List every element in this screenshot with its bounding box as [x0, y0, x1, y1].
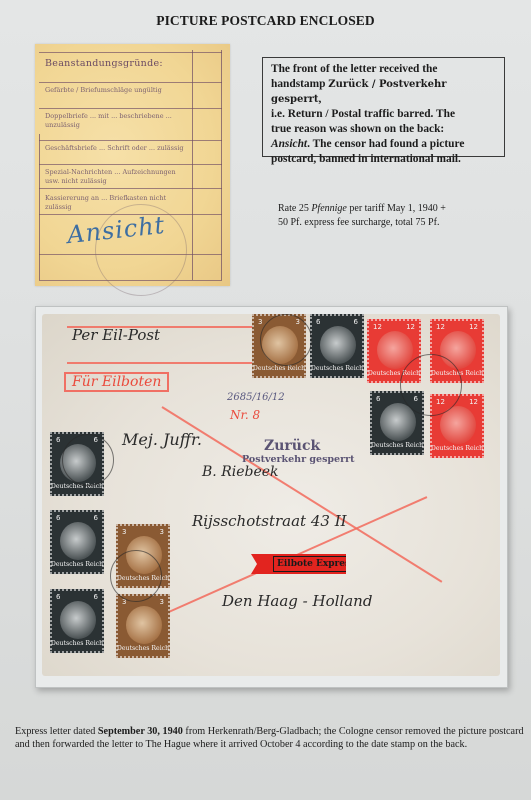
hindenburg-portrait-icon: [60, 522, 96, 560]
hindenburg-portrait-icon: [320, 326, 356, 364]
envelope-mount: Per Eil-Post Für Eilboten 2685/16/12 Nr.…: [35, 306, 508, 688]
slip-divider: [192, 50, 193, 280]
stamp-value: 12: [436, 323, 445, 331]
red-censor-mark: Nr. 8: [230, 408, 260, 422]
note-line: Ansicht. The censor had found a picture: [271, 137, 499, 152]
note-line: The front of the letter received the: [271, 62, 499, 77]
stamp-value: 3: [160, 598, 164, 606]
postmark: [400, 354, 462, 416]
stamp-value: 6: [354, 318, 358, 326]
address-line-3: Rijsschotstraat 43 II: [192, 512, 347, 530]
slip-header: Beanstandungsgründe:: [45, 58, 163, 69]
postage-stamp: 66Deutsches Reich: [310, 314, 364, 378]
note-line: handstamp Zurück / Postverkehr gesperrt,: [271, 77, 499, 107]
bottom-caption: Express letter dated September 30, 1940 …: [15, 726, 525, 751]
explanation-box: The front of the letter received the han…: [262, 57, 505, 157]
slip-row: Gefärbte / Briefumschläge ungültig: [45, 86, 185, 95]
address-line-2: B. Riebeek: [202, 464, 279, 480]
slip-divider: [39, 134, 40, 280]
stamp-value: 6: [316, 318, 320, 326]
postmark: [62, 434, 114, 486]
stamp-value: 6: [94, 593, 98, 601]
address-line-4: Den Haag - Holland: [222, 592, 372, 610]
envelope-front: Per Eil-Post Für Eilboten 2685/16/12 Nr.…: [42, 314, 500, 676]
rate-note: Rate 25 Pfennige per tariff May 1, 1940 …: [278, 202, 508, 230]
note-line: postcard, banned in international mail.: [271, 152, 499, 167]
note-line: true reason was shown on the back:: [271, 122, 499, 137]
postmark: [110, 550, 162, 602]
slip-rule: [39, 52, 222, 53]
slip-row: Doppelbriefe ... mit ... beschriebene ..…: [45, 112, 185, 130]
stamp-value: 12: [469, 398, 478, 406]
slip-rule: [39, 140, 222, 141]
stamp-value: 3: [160, 528, 164, 536]
hindenburg-portrait-icon: [60, 601, 96, 639]
stamp-inscription: Deutsches Reich: [431, 445, 483, 452]
registry-number: 2685/16/12: [227, 392, 285, 403]
slip-row: Spezial-Nachrichten ... Aufzeichnungen u…: [45, 168, 185, 186]
stamp-inscription: Deutsches Reich: [51, 640, 103, 647]
hindenburg-portrait-icon: [126, 606, 162, 644]
postage-stamp: 66Deutsches Reich: [50, 510, 104, 574]
stamp-value: 6: [56, 514, 60, 522]
postage-stamp: 66Deutsches Reich: [50, 589, 104, 653]
stamp-inscription: Deutsches Reich: [51, 561, 103, 568]
stamp-inscription: Deutsches Reich: [311, 365, 363, 372]
slip-rule: [39, 164, 222, 165]
slip-rule: [39, 82, 222, 83]
slip-row: Geschäftsbriefe ... Schrift oder ... zul…: [45, 144, 185, 153]
note-line: i.e. Return / Postal traffic barred. The: [271, 107, 499, 122]
stamp-value: 3: [122, 528, 126, 536]
address-line-1: Mej. Juffr.: [122, 430, 202, 449]
slip-rule: [39, 108, 222, 109]
postage-stamp: 33Deutsches Reich: [116, 594, 170, 658]
red-express-line: [67, 362, 262, 364]
page-title: PICTURE POSTCARD ENCLOSED: [0, 13, 531, 29]
handwriting-per-eil-post: Per Eil-Post: [72, 326, 160, 344]
stamp-value: 3: [258, 318, 262, 326]
postmark: [260, 314, 312, 366]
slip-divider: [221, 50, 222, 280]
stamp-value: 12: [406, 323, 415, 331]
stamp-value: 12: [469, 323, 478, 331]
stamp-inscription: Deutsches Reich: [371, 442, 423, 449]
handwriting-fur-eilboten: Für Eilboten: [64, 372, 169, 392]
stamp-value: 6: [376, 395, 380, 403]
stamp-value: 6: [94, 514, 98, 522]
eilbote-express-label: Eilbote Expres: [251, 554, 346, 574]
stamp-inscription: Deutsches Reich: [117, 645, 169, 652]
stamp-value: 6: [56, 436, 60, 444]
slip-rule: [39, 188, 222, 189]
stamp-inscription: Deutsches Reich: [253, 365, 305, 372]
stamp-value: 6: [56, 593, 60, 601]
stamp-value: 12: [373, 323, 382, 331]
zuruck-handstamp: Zurück Postverkehr gesperrt: [242, 438, 355, 465]
censor-slip-image: Beanstandungsgründe: Gefärbte / Briefums…: [35, 44, 230, 286]
